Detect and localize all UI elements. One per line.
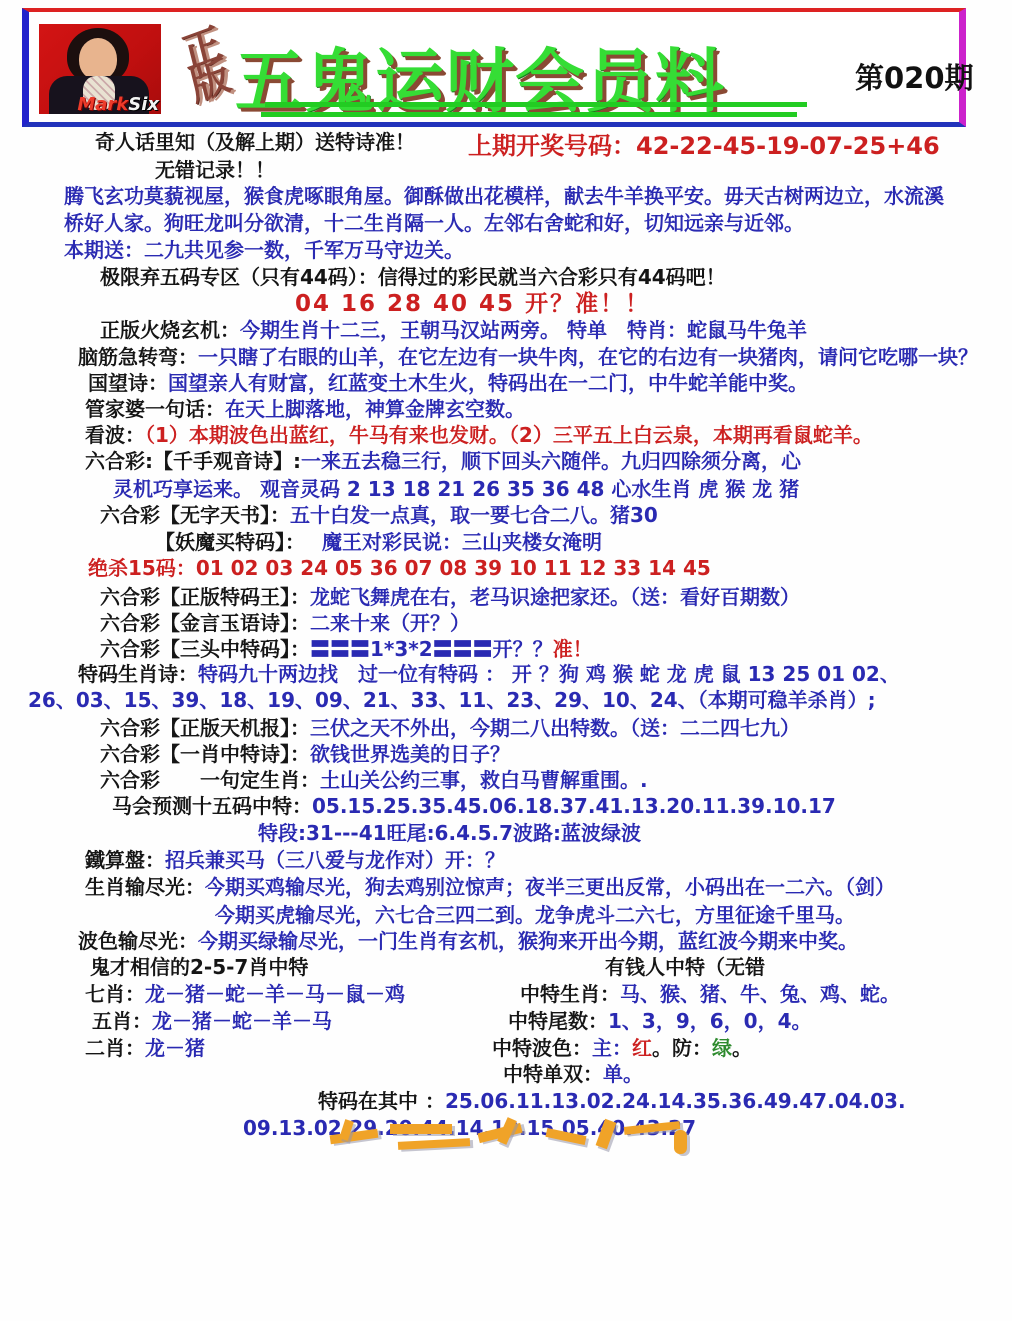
text-segment: 马、猴、猪、牛、兔、鸡、蛇。 (620, 982, 900, 1006)
text-segment: 国望诗： (88, 371, 168, 395)
watermark-fragments (318, 1118, 668, 1166)
previous-draw-numbers: 上期开奖号码：42-22-45-19-07-25+46 (468, 134, 940, 158)
sheet-title: 五鬼运财会员料 (235, 26, 855, 125)
zodiac-poem: 特码生肖诗：特码九十两边找 过一位有特码 ： 开 ？狗 鸡 猴 蛇 龙 虎 鼠 … (78, 662, 900, 686)
photo-face (79, 38, 117, 80)
text-segment: 防： (672, 1036, 712, 1060)
text-segment: 中特单双： (503, 1062, 603, 1086)
text-segment: 魔王对彩民说：三山夹楼女淹明 (295, 530, 602, 554)
text-segment: 有钱人中特（无错 (605, 955, 765, 979)
text-segment: 。 (652, 1036, 672, 1060)
text-segment: 。 (732, 1036, 752, 1060)
poem-line-2: 桥好人家。狗旺龙叫分欲清，十二生肖隔一人。左邻右舍蛇和好，切知远亲与近邻。 (64, 211, 804, 235)
special-code-king: 六合彩【正版特码王】：龙蛇飞舞虎在右，老马识途把家还。（送：看好百期数） (100, 585, 800, 609)
this-issue-gift: 本期送：二九共见参一数，千军万马守边关。 (64, 238, 464, 262)
text-segment: 05.15.25.35.45.06.18.37.41.13.20.11.39.1… (312, 794, 836, 818)
rich-people-heading: 有钱人中特（无错 (605, 955, 765, 979)
text-segment: 龙－猪－蛇－羊－马 (152, 1009, 332, 1033)
text-segment: 红 (632, 1036, 652, 1060)
three-heads-code: 六合彩【三头中特码】：〓〓〓1*3*2〓〓〓开？？准！ (100, 637, 593, 661)
fire-mystery: 正版火烧玄机：今期生肖十二三，王朝马汉站两旁。 特单 特肖：蛇鼠马牛兔羊 (100, 318, 807, 342)
guanyin-poem-1: 六合彩:【千手观音诗】:一来五去稳三行，顺下回头六随伴。九归四除须分离，心 (85, 449, 801, 473)
text-segment: 六合彩【金言玉语诗】： (100, 611, 310, 635)
limit-44-codes: 极限弃五码专区（只有44码）：信得过的彩民就当六合彩只有44码吧！ (100, 265, 726, 289)
text-segment: （1）本期波色出蓝红，牛马有来也发财。（2）三平五上白云泉，本期再看鼠蛇羊。 (145, 423, 873, 447)
text-segment: 上期开奖号码：42-22-45-19-07-25+46 (468, 132, 940, 160)
no-error-record: 无错记录！！ (155, 158, 275, 182)
kill-15-codes: 绝杀15码：01 02 03 24 05 36 07 08 39 10 11 1… (88, 556, 711, 580)
one-sentence-zodiac: 六合彩 一句定生肖：土山关公约三事，救白马曹解重围。. (100, 768, 648, 792)
brain-teaser: 脑筋急转弯：一只瞎了右眼的山羊，在它左边有一块牛肉，在它的右边有一块猪肉，请问它… (78, 345, 978, 369)
guowang-poem: 国望诗：国望亲人有财富，红蓝变土木生火，特码出在一二门，中牛蛇羊能中奖。 (88, 371, 808, 395)
title-underline-1 (265, 102, 807, 107)
housekeeper-line: 管家婆一句话：在天上脚落地，神算金牌玄空数。 (85, 397, 525, 421)
text-segment: 〓〓〓1*3*2〓〓〓开？？ (310, 637, 553, 661)
heaven-secret-report: 六合彩【正版天机报】：三伏之天不外出，今期二八出特数。（送：二二四七九） (100, 716, 800, 740)
text-segment: 六合彩【一肖中特诗】： (100, 742, 310, 766)
text-segment: 三伏之天不外出，今期二八出特数。（送：二二四七九） (310, 716, 800, 740)
text-segment: 六合彩【三头中特码】： (100, 637, 310, 661)
zodiac-losing-light-2: 今期买虎输尽光，六七合三四二到。龙争虎斗二六七，方里征途千里马。 (215, 903, 855, 927)
text-segment: 土山关公约三事，救白马曹解重围。. (320, 768, 648, 792)
wave-color-tip: 看波：（1）本期波色出蓝红，牛马有来也发财。（2）三平五上白云泉，本期再看鼠蛇羊… (85, 423, 873, 447)
text-segment: 桥好人家。狗旺龙叫分欲清，十二生肖隔一人。左邻右舍蛇和好，切知远亲与近邻。 (64, 211, 804, 235)
text-segment: 六合彩:【千手观音诗】: (85, 449, 301, 473)
seven-zodiac: 七肖：龙－猪－蛇－羊－马－鼠－鸡 (85, 982, 405, 1006)
fifteen-codes: 马会预测十五码中特：05.15.25.35.45.06.18.37.41.13.… (112, 794, 836, 818)
text-segment: 龙蛇飞舞虎在右，老马识途把家还。（送：看好百期数） (310, 585, 800, 609)
special-tail-numbers: 中特尾数：1、3，9，6，0，4。 (508, 1009, 812, 1033)
text-segment: 主： (592, 1036, 632, 1060)
text-segment: 中特波色： (492, 1036, 592, 1060)
text-segment: 今期买虎输尽光，六七合三四二到。龙争虎斗二六七，方里征途千里马。 (215, 903, 855, 927)
text-segment: 中特尾数： (508, 1009, 608, 1033)
text-segment: 04 16 28 40 45 开？准！！ (295, 291, 650, 317)
text-segment: 七肖： (85, 982, 145, 1006)
text-segment: 管家婆一句话： (85, 397, 225, 421)
five-codes-line: 04 16 28 40 45 开？准！！ (295, 292, 650, 316)
iron-abacus: 鐵算盤：招兵兼买马（三八爱与龙作对）开：？ (85, 848, 505, 872)
text-segment: 二肖： (85, 1036, 145, 1060)
text-segment: 绝杀15码：01 02 03 24 05 36 07 08 39 10 11 1… (88, 556, 711, 580)
text-segment: 六合彩【无字天书】： (100, 503, 290, 527)
text-segment: 今期买绿输尽光，一门生肖有玄机，猴狗来开出今期，蓝红波今期来中奖。 (198, 929, 858, 953)
text-segment: 五十白发一点真，取一要七合二八。猪30 (290, 503, 658, 527)
text-segment: 极限弃五码专区（只有44码）：信得过的彩民就当六合彩只有44码吧！ (100, 265, 726, 289)
wave-losing-light: 波色输尽光：今期买绿输尽光，一门生肖有玄机，猴狗来开出今期，蓝红波今期来中奖。 (78, 929, 858, 953)
zodiac-losing-light-1: 生肖输尽光：今期买鸡输尽光，狗去鸡别泣惊声；夜半三更出反常，小码出在一二六。（剑… (85, 875, 895, 899)
text-segment: 龙－猪－蛇－羊－马－鼠－鸡 (145, 982, 405, 1006)
authenticity-stamp: 正版 (160, 18, 241, 123)
zodiac-poem-2: 26、03、15、39、18、19、09、21、33、11、23、29、10、2… (28, 688, 876, 712)
text-segment: 灵机巧享运来。 观音灵码 2 13 18 21 26 35 36 48 心水生肖… (113, 477, 799, 501)
text-segment: 波色输尽光： (78, 929, 198, 953)
two-zodiac: 二肖：龙－猪 (85, 1036, 205, 1060)
text-segment: 国望亲人有财富，红蓝变土木生火，特码出在一二门，中牛蛇羊能中奖。 (168, 371, 808, 395)
special-codes-1: 特码在其中 ：25.06.11.13.02.24.14.35.36.49.47.… (318, 1089, 906, 1113)
demon-special-code: 【妖魔买特码】： 魔王对彩民说：三山夹楼女淹明 (155, 530, 602, 554)
text-segment: 单。 (603, 1062, 643, 1086)
text-segment: 欲钱世界选美的日子？ (310, 742, 510, 766)
text-segment: 一只瞎了右眼的山羊，在它左边有一块牛肉，在它的右边有一块猪肉，请问它吃哪一块？ (198, 345, 978, 369)
photo-caption: MarkSix (77, 96, 159, 114)
intro-line: 奇人话里知（及解上期）送特诗准！ (95, 130, 415, 154)
special-odd-even: 中特单双：单。 (503, 1062, 643, 1086)
text-segment: 马会预测十五码中特： (112, 794, 312, 818)
wordless-book: 六合彩【无字天书】：五十白发一点真，取一要七合二八。猪30 (100, 503, 658, 527)
text-segment: 特段:31---41旺尾:6.4.5.7波路:蓝波绿波 (258, 821, 641, 845)
ghost-talent-heading: 鬼才相信的2-5-7肖中特 (90, 955, 308, 979)
guanyin-poem-2: 灵机巧享运来。 观音灵码 2 13 18 21 26 35 36 48 心水生肖… (113, 477, 799, 501)
text-segment: 二来十来（开？） (310, 611, 470, 635)
text-segment: 看波： (85, 423, 145, 447)
text-segment: 今期生肖十二三，王朝马汉站两旁。 特单 特肖：蛇鼠马牛兔羊 (240, 318, 807, 342)
title-underline-2 (261, 112, 797, 117)
text-segment: 本期送：二九共见参一数，千军万马守边关。 (64, 238, 464, 262)
golden-words-poem: 六合彩【金言玉语诗】：二来十来（开？） (100, 611, 470, 635)
segment-tail-wave: 特段:31---41旺尾:6.4.5.7波路:蓝波绿波 (258, 821, 641, 845)
text-segment: 今期买鸡输尽光，狗去鸡别泣惊声；夜半三更出反常，小码出在一二六。（剑） (205, 875, 895, 899)
text-segment: 特码生肖诗： (78, 662, 198, 686)
text-segment: 腾飞玄功莫藐视屋，猴食虎啄眼角屋。御酥做出花模样，献去牛羊换平安。毋天古树两边立… (64, 184, 944, 208)
text-segment: 在天上脚落地，神算金牌玄空数。 (225, 397, 525, 421)
text-segment: 六合彩【正版特码王】： (100, 585, 310, 609)
lottery-tip-sheet: MarkSix 正版 五鬼运财会员料 第020期 奇人话里知（及解上期）送特诗准… (0, 0, 1012, 1321)
text-segment: 六合彩【正版天机报】： (100, 716, 310, 740)
one-zodiac-poem: 六合彩【一肖中特诗】：欲钱世界选美的日子？ (100, 742, 510, 766)
text-segment: 1、3，9，6，0，4。 (608, 1009, 812, 1033)
text-segment: 奇人话里知（及解上期）送特诗准！ (95, 130, 415, 154)
text-segment: 六合彩 一句定生肖： (100, 768, 320, 792)
issue-number: 第020期 (855, 56, 974, 97)
text-segment: 鬼才相信的2-5-7肖中特 (90, 955, 308, 979)
header: MarkSix 正版 五鬼运财会员料 第020期 (22, 8, 966, 127)
text-segment: 25.06.11.13.02.24.14.35.36.49.47.04.03. (445, 1089, 906, 1113)
text-segment: 特码九十两边找 过一位有特码 ： 开 ？狗 鸡 猴 蛇 龙 虎 鼠 13 25 … (198, 662, 900, 686)
text-segment: 特码在其中 ： (318, 1089, 445, 1113)
text-segment: 龙－猪 (145, 1036, 205, 1060)
text-segment: 中特生肖： (520, 982, 620, 1006)
text-segment: 正版火烧玄机： (100, 318, 240, 342)
text-segment: 五肖： (92, 1009, 152, 1033)
text-segment: 无错记录！！ (155, 158, 275, 182)
photo-caption-mark: Mark (77, 94, 128, 114)
text-segment: 鐵算盤： (85, 848, 165, 872)
text-segment: 绿 (712, 1036, 732, 1060)
special-wave-color: 中特波色：主：红。防：绿。 (492, 1036, 752, 1060)
five-zodiac: 五肖：龙－猪－蛇－羊－马 (92, 1009, 332, 1033)
tipster-photo: MarkSix (39, 24, 161, 114)
text-segment: 一来五去稳三行，顺下回头六随伴。九归四除须分离，心 (301, 449, 801, 473)
text-segment: 招兵兼买马（三八爱与龙作对）开：？ (165, 848, 505, 872)
text-segment: 生肖输尽光： (85, 875, 205, 899)
photo-caption-six: Six (128, 94, 159, 114)
special-zodiac: 中特生肖：马、猴、猪、牛、兔、鸡、蛇。 (520, 982, 900, 1006)
text-segment: 准！ (553, 637, 593, 661)
poem-line-1: 腾飞玄功莫藐视屋，猴食虎啄眼角屋。御酥做出花模样，献去牛羊换平安。毋天古树两边立… (64, 184, 944, 208)
text-segment: 26、03、15、39、18、19、09、21、33、11、23、29、10、2… (28, 688, 876, 712)
text-segment: 【妖魔买特码】： (155, 530, 295, 554)
text-segment: 脑筋急转弯： (78, 345, 198, 369)
